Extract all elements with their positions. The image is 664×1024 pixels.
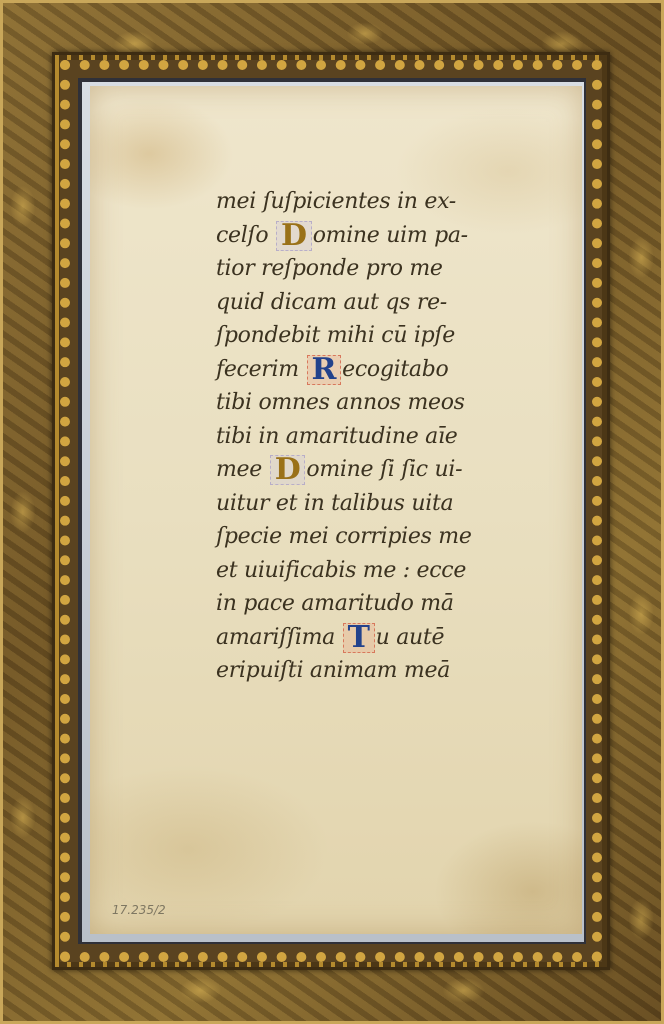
line-text: omine uim pa-	[313, 223, 468, 248]
text-line: tibi in amaritudine aīe	[216, 420, 546, 454]
text-line: uitur et in talibus uita	[216, 487, 546, 521]
shelfmark-annotation: 17.235/2	[112, 903, 166, 917]
line-text: eripuiſti animam meā	[216, 658, 450, 683]
line-text: quid dicam aut qs re-	[216, 290, 447, 315]
text-line: fecerim Recogitabo	[216, 353, 546, 387]
illuminated-initial-t: T	[343, 623, 375, 653]
text-line: celſo Domine uim pa-	[216, 219, 546, 253]
line-text: amariſſima	[216, 625, 342, 650]
line-text: in pace amaritudo mā	[216, 591, 454, 616]
line-text: mei ſuſpicientes in ex-	[216, 189, 456, 214]
text-line: ſpecie mei corripies me	[216, 520, 546, 554]
text-line: tior reſponde pro me	[216, 252, 546, 286]
line-text: tibi omnes annos meos	[216, 390, 465, 415]
text-line: in pace amaritudo mā	[216, 587, 546, 621]
illuminated-initial-d: D	[270, 455, 306, 485]
line-text: u autē	[376, 625, 445, 650]
text-line: amariſſima Tu autē	[216, 621, 546, 655]
line-text: et uiuificabis me : ecce	[216, 558, 466, 583]
illuminated-initial-r: R	[307, 355, 342, 385]
line-text: celſo	[216, 223, 275, 248]
illuminated-initial-d: D	[276, 221, 312, 251]
text-line: mei ſuſpicientes in ex-	[216, 185, 546, 219]
line-text: uitur et in talibus uita	[216, 491, 453, 516]
text-line: eripuiſti animam meā	[216, 654, 546, 688]
line-text: tior reſponde pro me	[216, 256, 443, 281]
line-text: mee	[216, 457, 269, 482]
line-text: omine ſi ſic ui-	[306, 457, 462, 482]
line-text: ſpecie mei corripies me	[216, 524, 472, 549]
text-line: et uiuificabis me : ecce	[216, 554, 546, 588]
text-line: mee Domine ſi ſic ui-	[216, 453, 546, 487]
line-text: ecogitabo	[342, 357, 448, 382]
line-text: tibi in amaritudine aīe	[216, 424, 457, 449]
line-text: ſpondebit mihi cū ipſe	[216, 323, 455, 348]
text-line: ſpondebit mihi cū ipſe	[216, 319, 546, 353]
text-line: quid dicam aut qs re-	[216, 286, 546, 320]
manuscript-text: mei ſuſpicientes in ex- celſo Domine uim…	[216, 185, 546, 688]
line-text: fecerim	[216, 357, 306, 382]
text-line: tibi omnes annos meos	[216, 386, 546, 420]
